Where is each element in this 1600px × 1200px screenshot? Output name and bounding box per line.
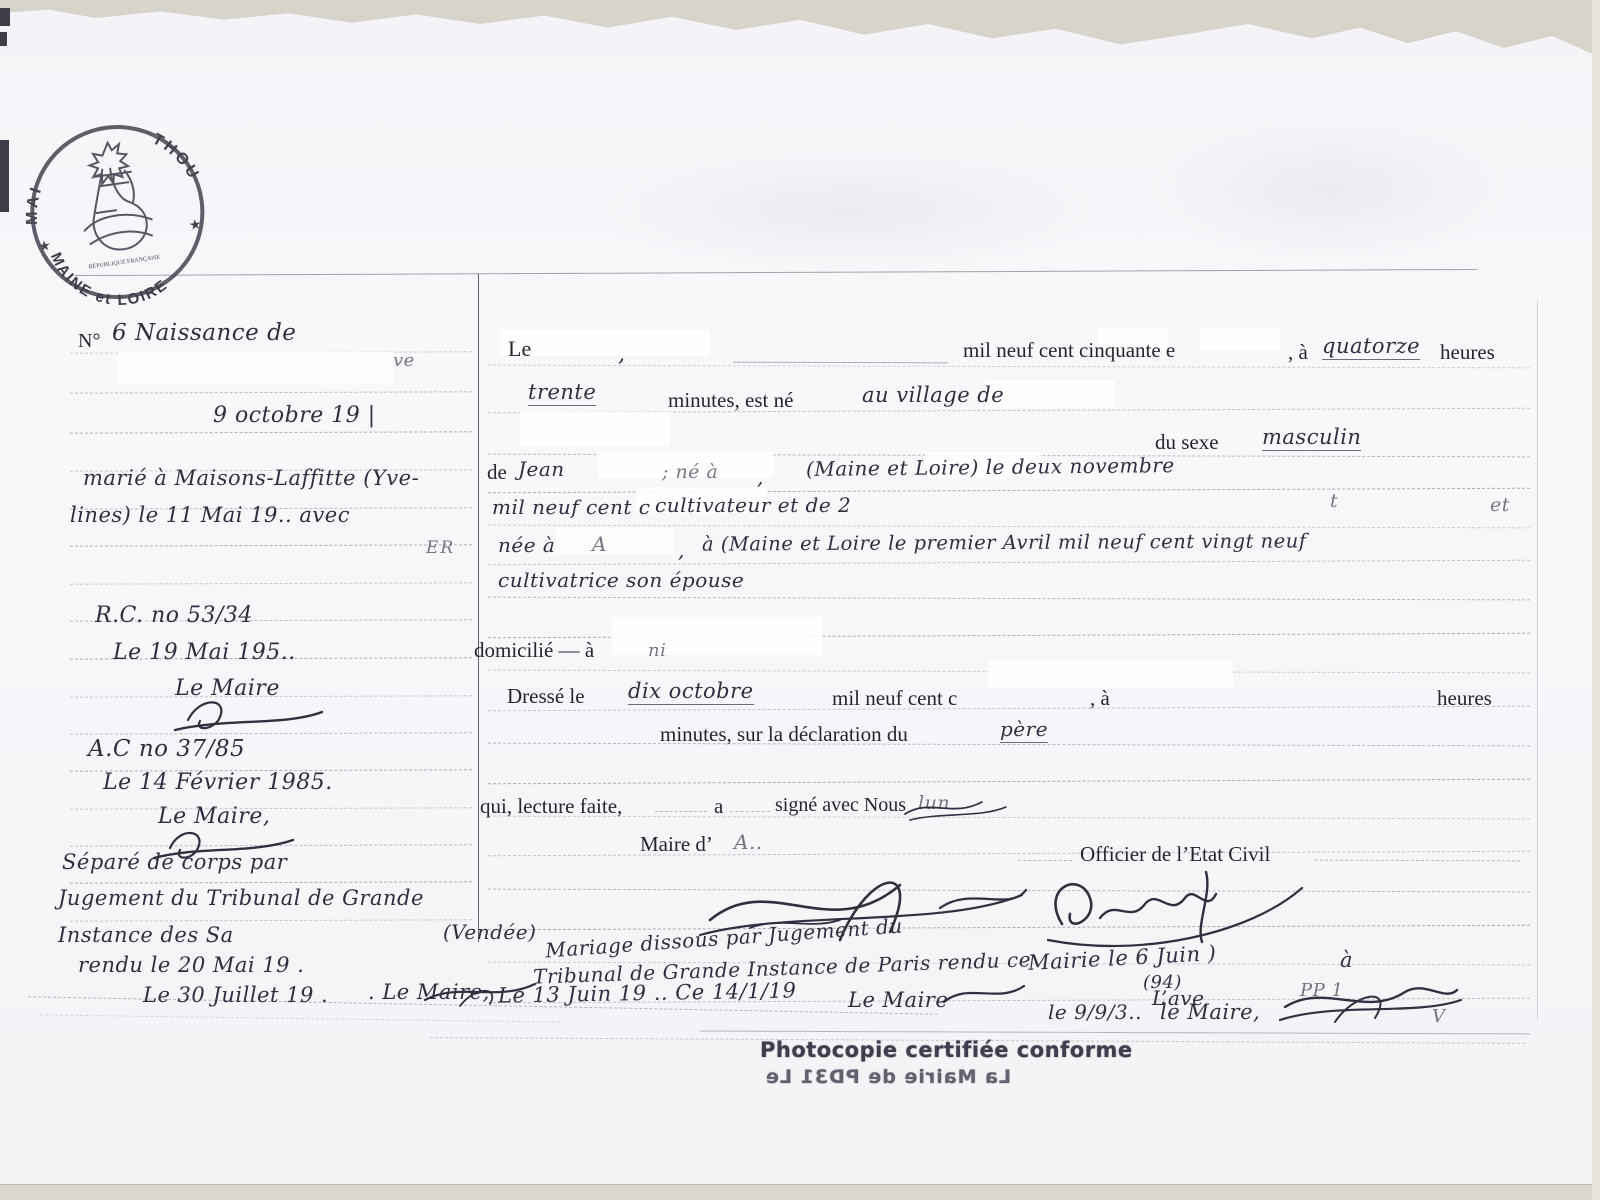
margin-number-label: N° (78, 330, 100, 353)
scan-edge-mark (0, 8, 10, 26)
scan-right-edge (1592, 0, 1600, 1200)
handwritten-act-date: dix octobre (628, 679, 754, 705)
seal-marianne-figure (73, 138, 155, 254)
certification-stamp-line2-mirrored: La Mairie de PD31 Le (765, 1066, 1011, 1088)
seal-arc-text-right: THOU (148, 125, 204, 188)
rule-line (70, 391, 472, 393)
margin-rc-date: Le 19 Mai 195.. (113, 640, 296, 665)
rule-line (70, 431, 472, 433)
redaction-patch (612, 617, 822, 655)
handwritten-father-birth: (Maine et Loire) le deux novembre (806, 453, 1175, 481)
margin-registration-note: 6 Naissance de (112, 320, 296, 346)
annotation-le-maire: Le Maire (848, 988, 948, 1012)
seal-star-left-icon: ★ (38, 239, 53, 256)
paper-blotch (600, 150, 1100, 270)
annotation-divorce-line3: Le 13 Juin 19 .. Ce 14/1/19 (498, 978, 797, 1007)
rule-line (488, 706, 1530, 712)
annotation-date-993: le 9/9/3.. (1048, 1000, 1142, 1024)
redaction-patch (118, 352, 393, 384)
form-column-divider (478, 274, 479, 942)
redaction-patch (520, 412, 670, 446)
redaction-patch (1200, 328, 1280, 350)
form-label-dresse-le: Dressé le (507, 684, 585, 709)
handwritten-declarant: père (1000, 717, 1048, 743)
form-label-du-sexe: du sexe (1155, 430, 1219, 455)
scan-edge-mark (0, 32, 7, 46)
svg-text:THOU: THOU (148, 125, 204, 188)
handwritten-domicile: ni (648, 640, 666, 661)
handwritten-father-birth-year: mil neuf cent c (492, 495, 651, 519)
annotation-a: à (1340, 948, 1353, 972)
seal-star-right-icon: ★ (188, 218, 203, 235)
handwritten-father-profession: cultivateur et de 2 (655, 493, 851, 517)
signature-central-large (690, 850, 1030, 945)
signature-margin-maire-3 (420, 972, 540, 1012)
redaction-patch (500, 330, 710, 356)
form-label-heures: heures (1440, 340, 1495, 365)
scanned-birth-certificate: MAI THOU MAINE et LOIRE ★ ★ RÉPUBLIQUE F… (0, 0, 1600, 1200)
handwritten-stray-mark: et (1490, 494, 1510, 516)
signature-officier (1020, 862, 1310, 962)
handwritten-father-first-name: Jean (518, 457, 565, 481)
handwritten-mother-profession: cultivatrice son épouse (498, 568, 744, 592)
signature-margin-maire-1 (170, 690, 330, 735)
rule-line (1315, 860, 1520, 862)
form-label-declaration: minutes, sur la déclaration du (660, 722, 908, 747)
redaction-patch (988, 660, 1233, 688)
rule-line (488, 560, 1530, 566)
form-label-a: , à (1288, 340, 1308, 365)
handwritten-comma: , (757, 465, 764, 489)
form-right-border (1537, 300, 1538, 1020)
margin-fragment: ER (426, 538, 455, 558)
margin-marriage-note-line2: lines) le 11 Mai 19.. avec (70, 503, 350, 527)
form-label-minutes-est-ne: minutes, est né (668, 388, 793, 413)
margin-date-note-2: Le 30 Juillet 19 . (143, 983, 328, 1007)
svg-text:MAI: MAI (18, 181, 51, 227)
rule-line (488, 743, 1530, 747)
margin-vendee-note: (Vendée) (443, 920, 536, 944)
margin-ac-date: Le 14 Février 1985. (103, 770, 333, 795)
rule-line (488, 365, 1530, 369)
margin-separation-line2: Jugement du Tribunal de Grande (58, 886, 424, 910)
margin-date-note: 9 octobre 19 | (213, 403, 376, 428)
signature-witness-scribble (900, 794, 1010, 824)
seal-arc-text-left: MAI (18, 181, 51, 227)
form-label-mil-neuf-cent: mil neuf cent c (832, 686, 957, 711)
handwritten-sex: masculin (1262, 425, 1361, 451)
scan-bottom-edge (0, 1184, 1600, 1200)
rule-line (700, 1031, 1530, 1035)
rule-line (733, 362, 948, 364)
signature-margin-maire-2 (148, 820, 298, 865)
handwritten-mother-nee-a: née à (498, 533, 555, 557)
rule-line (730, 811, 770, 812)
rule-line (488, 779, 1530, 785)
redaction-patch (556, 528, 674, 554)
annotation-le-maire-right: le Maire, (1160, 1000, 1260, 1024)
certification-stamp-line1: Photocopie certifiée conforme (760, 1038, 1133, 1062)
margin-ac-number: A.C no 37/85 (88, 736, 245, 762)
form-label-signe-avec-nous: signé avec Nous (775, 794, 906, 817)
torn-paper-top-edge (0, 0, 1600, 60)
form-label-a2: , à (1090, 686, 1110, 711)
handwritten-hour: quatorze (1322, 334, 1420, 360)
form-label-qui-lecture-faite: qui, lecture faite, (480, 794, 622, 819)
handwritten-a-signe: a (714, 794, 723, 819)
rule-line (40, 1014, 560, 1022)
redaction-patch (985, 380, 1115, 408)
form-label-domicilie-a: domicilié — à (474, 638, 594, 663)
handwritten-fragment: A (592, 532, 607, 556)
rule-line (70, 881, 472, 883)
rule-line (488, 597, 1530, 601)
handwritten-au-village-de: au village de (862, 383, 1004, 407)
paper-blotch (1150, 120, 1510, 260)
margin-separation-line3: Instance des Sa (58, 923, 234, 947)
handwritten-comma: , (618, 342, 626, 367)
rule-line (70, 919, 472, 921)
margin-marriage-note-line1: marié à Maisons-Laffitte (Yve- (83, 466, 419, 490)
form-label-heures2: heures (1437, 686, 1492, 711)
form-top-border (75, 269, 1477, 276)
handwritten-ne-a: ; né à (662, 461, 718, 483)
margin-separation-line4: rendu le 20 Mai 19 . (78, 953, 304, 977)
rule-line (70, 544, 472, 546)
signature-bottom-right (1275, 972, 1465, 1027)
form-label-le: Le (508, 336, 531, 362)
form-label-de: de (487, 460, 507, 485)
rule-line (70, 582, 472, 584)
rule-line (70, 807, 472, 809)
margin-rc-number: R.C. no 53/34 (95, 603, 253, 628)
mairie-circular-seal: MAI THOU MAINE et LOIRE ★ ★ RÉPUBLIQUE F… (0, 98, 238, 321)
handwritten-stray-mark: t (1330, 490, 1338, 512)
margin-fragment: ve (393, 350, 415, 371)
seal-center-text: RÉPUBLIQUE FRANÇAISE (88, 253, 161, 271)
rule-line (655, 811, 707, 812)
signature-flourish-le-maire (938, 974, 1028, 1014)
handwritten-comma: , (678, 538, 685, 562)
handwritten-mother-birth: à (Maine et Loire le premier Avril mil n… (702, 529, 1307, 555)
form-label-mil-neuf-cent-cinquante: mil neuf cent cinquante e (963, 338, 1175, 363)
handwritten-minutes: trente (528, 380, 596, 406)
